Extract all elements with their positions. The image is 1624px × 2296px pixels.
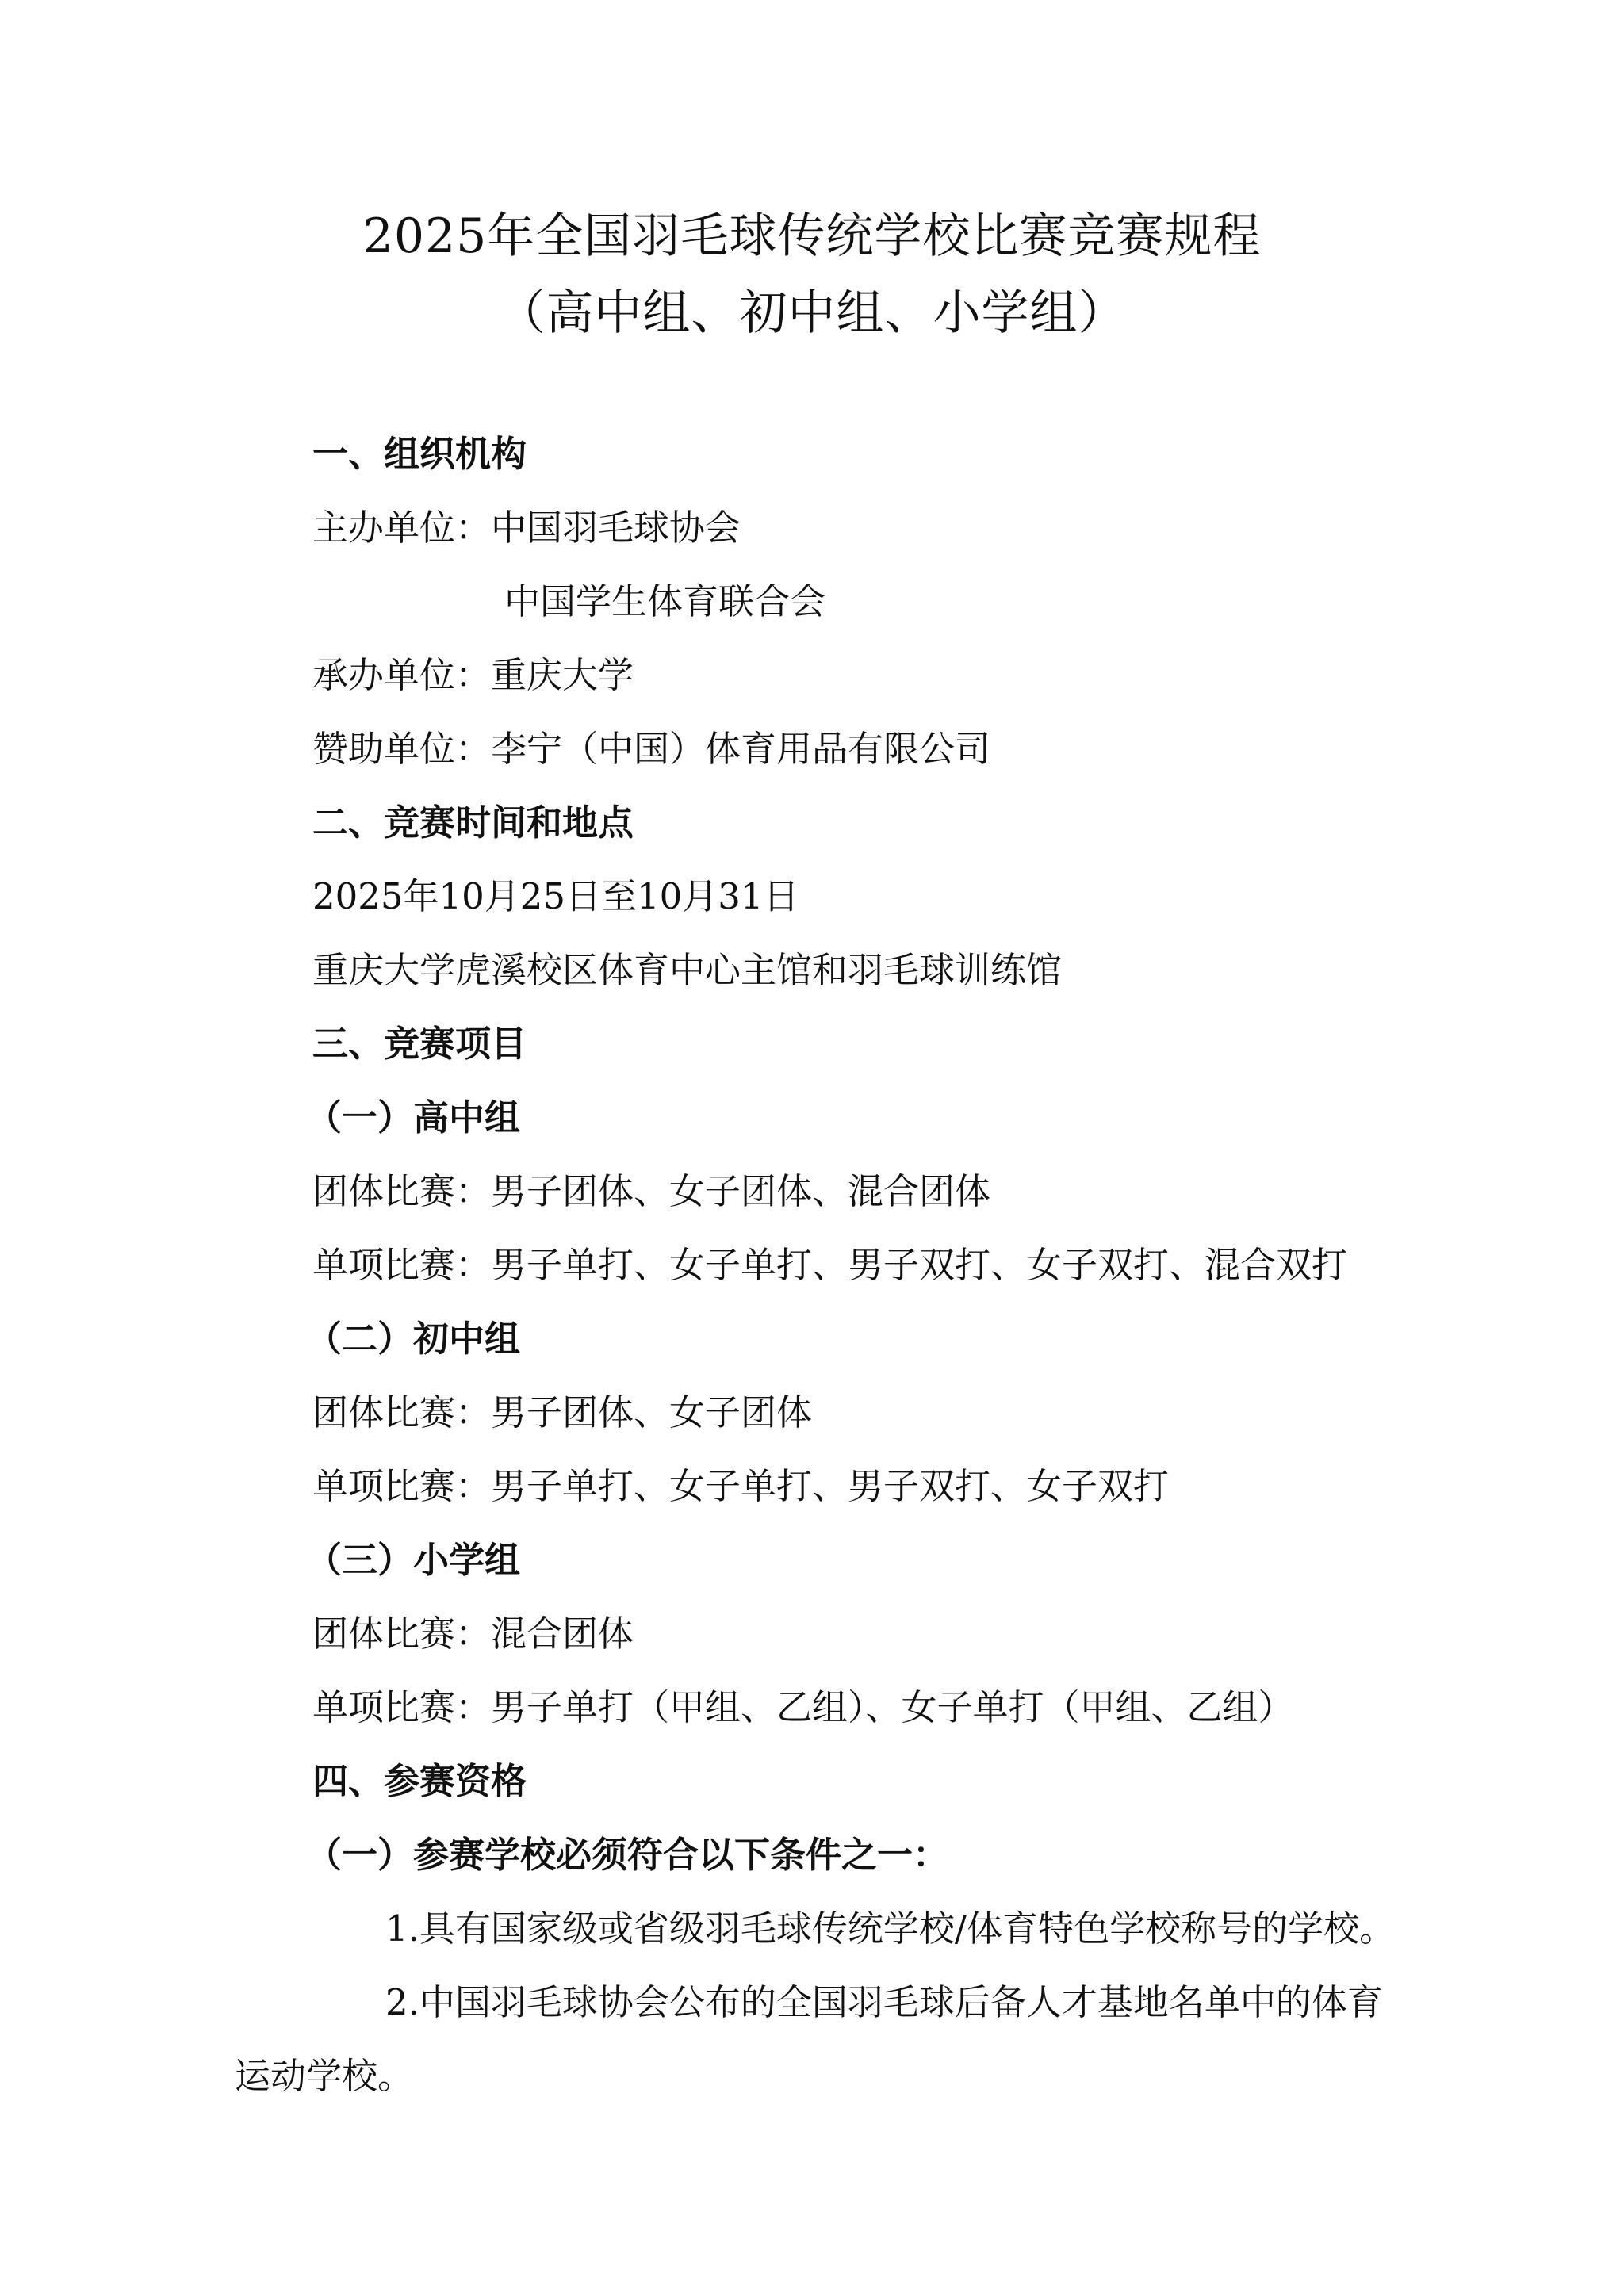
middle-single-events: 单项比赛：男子单打、女子单打、男子双打、女子双打 <box>312 1463 1169 1510</box>
subsection-heading-eligibility: （一）参赛学校必须符合以下条件之一： <box>306 1831 948 1879</box>
eligibility-item-2: 2.中国羽毛球协会公布的全国羽毛球后备人才基地名单中的体育 <box>385 1979 1383 2026</box>
host-unit: 主办单位：中国羽毛球协会 <box>312 504 741 552</box>
organizer-unit: 承办单位：重庆大学 <box>312 652 634 699</box>
high-team-events: 团体比赛：男子团体、女子团体、混合团体 <box>312 1168 990 1215</box>
sponsor-unit: 赞助单位：李宁（中国）体育用品有限公司 <box>312 725 990 773</box>
event-venue: 重庆大学虎溪校区体育中心主馆和羽毛球训练馆 <box>312 947 1062 994</box>
eligibility-item-1: 1.具有国家级或省级羽毛球传统学校/体育特色学校称号的学校。 <box>385 1905 1395 1953</box>
primary-single-events: 单项比赛：男子单打（甲组、乙组）、女子单打（甲组、乙组） <box>312 1684 1294 1732</box>
primary-team-events: 团体比赛：混合团体 <box>312 1610 634 1658</box>
high-single-events: 单项比赛：男子单打、女子单打、男子双打、女子双打、混合双打 <box>312 1242 1347 1289</box>
eligibility-item-2-continued: 运动学校。 <box>235 2053 413 2100</box>
section-heading: 二、竞赛时间和地点 <box>312 799 634 847</box>
section-heading: 一、组织机构 <box>312 430 527 478</box>
host-unit-second: 中国学生体育联合会 <box>504 578 825 626</box>
event-date: 2025年10月25日至10月31日 <box>312 873 799 920</box>
subsection-heading-middle: （二）初中组 <box>306 1315 520 1363</box>
document-title: 2025年全国羽毛球传统学校比赛竞赛规程 <box>0 205 1624 268</box>
document-subtitle: （高中组、初中组、小学组） <box>0 281 1624 345</box>
middle-team-events: 团体比赛：男子团体、女子团体 <box>312 1389 812 1437</box>
section-heading: 四、参赛资格 <box>312 1758 527 1805</box>
subsection-heading-primary: （三）小学组 <box>306 1536 520 1584</box>
subsection-heading-high: （一）高中组 <box>306 1094 520 1142</box>
section-heading: 三、竞赛项目 <box>312 1020 527 1068</box>
